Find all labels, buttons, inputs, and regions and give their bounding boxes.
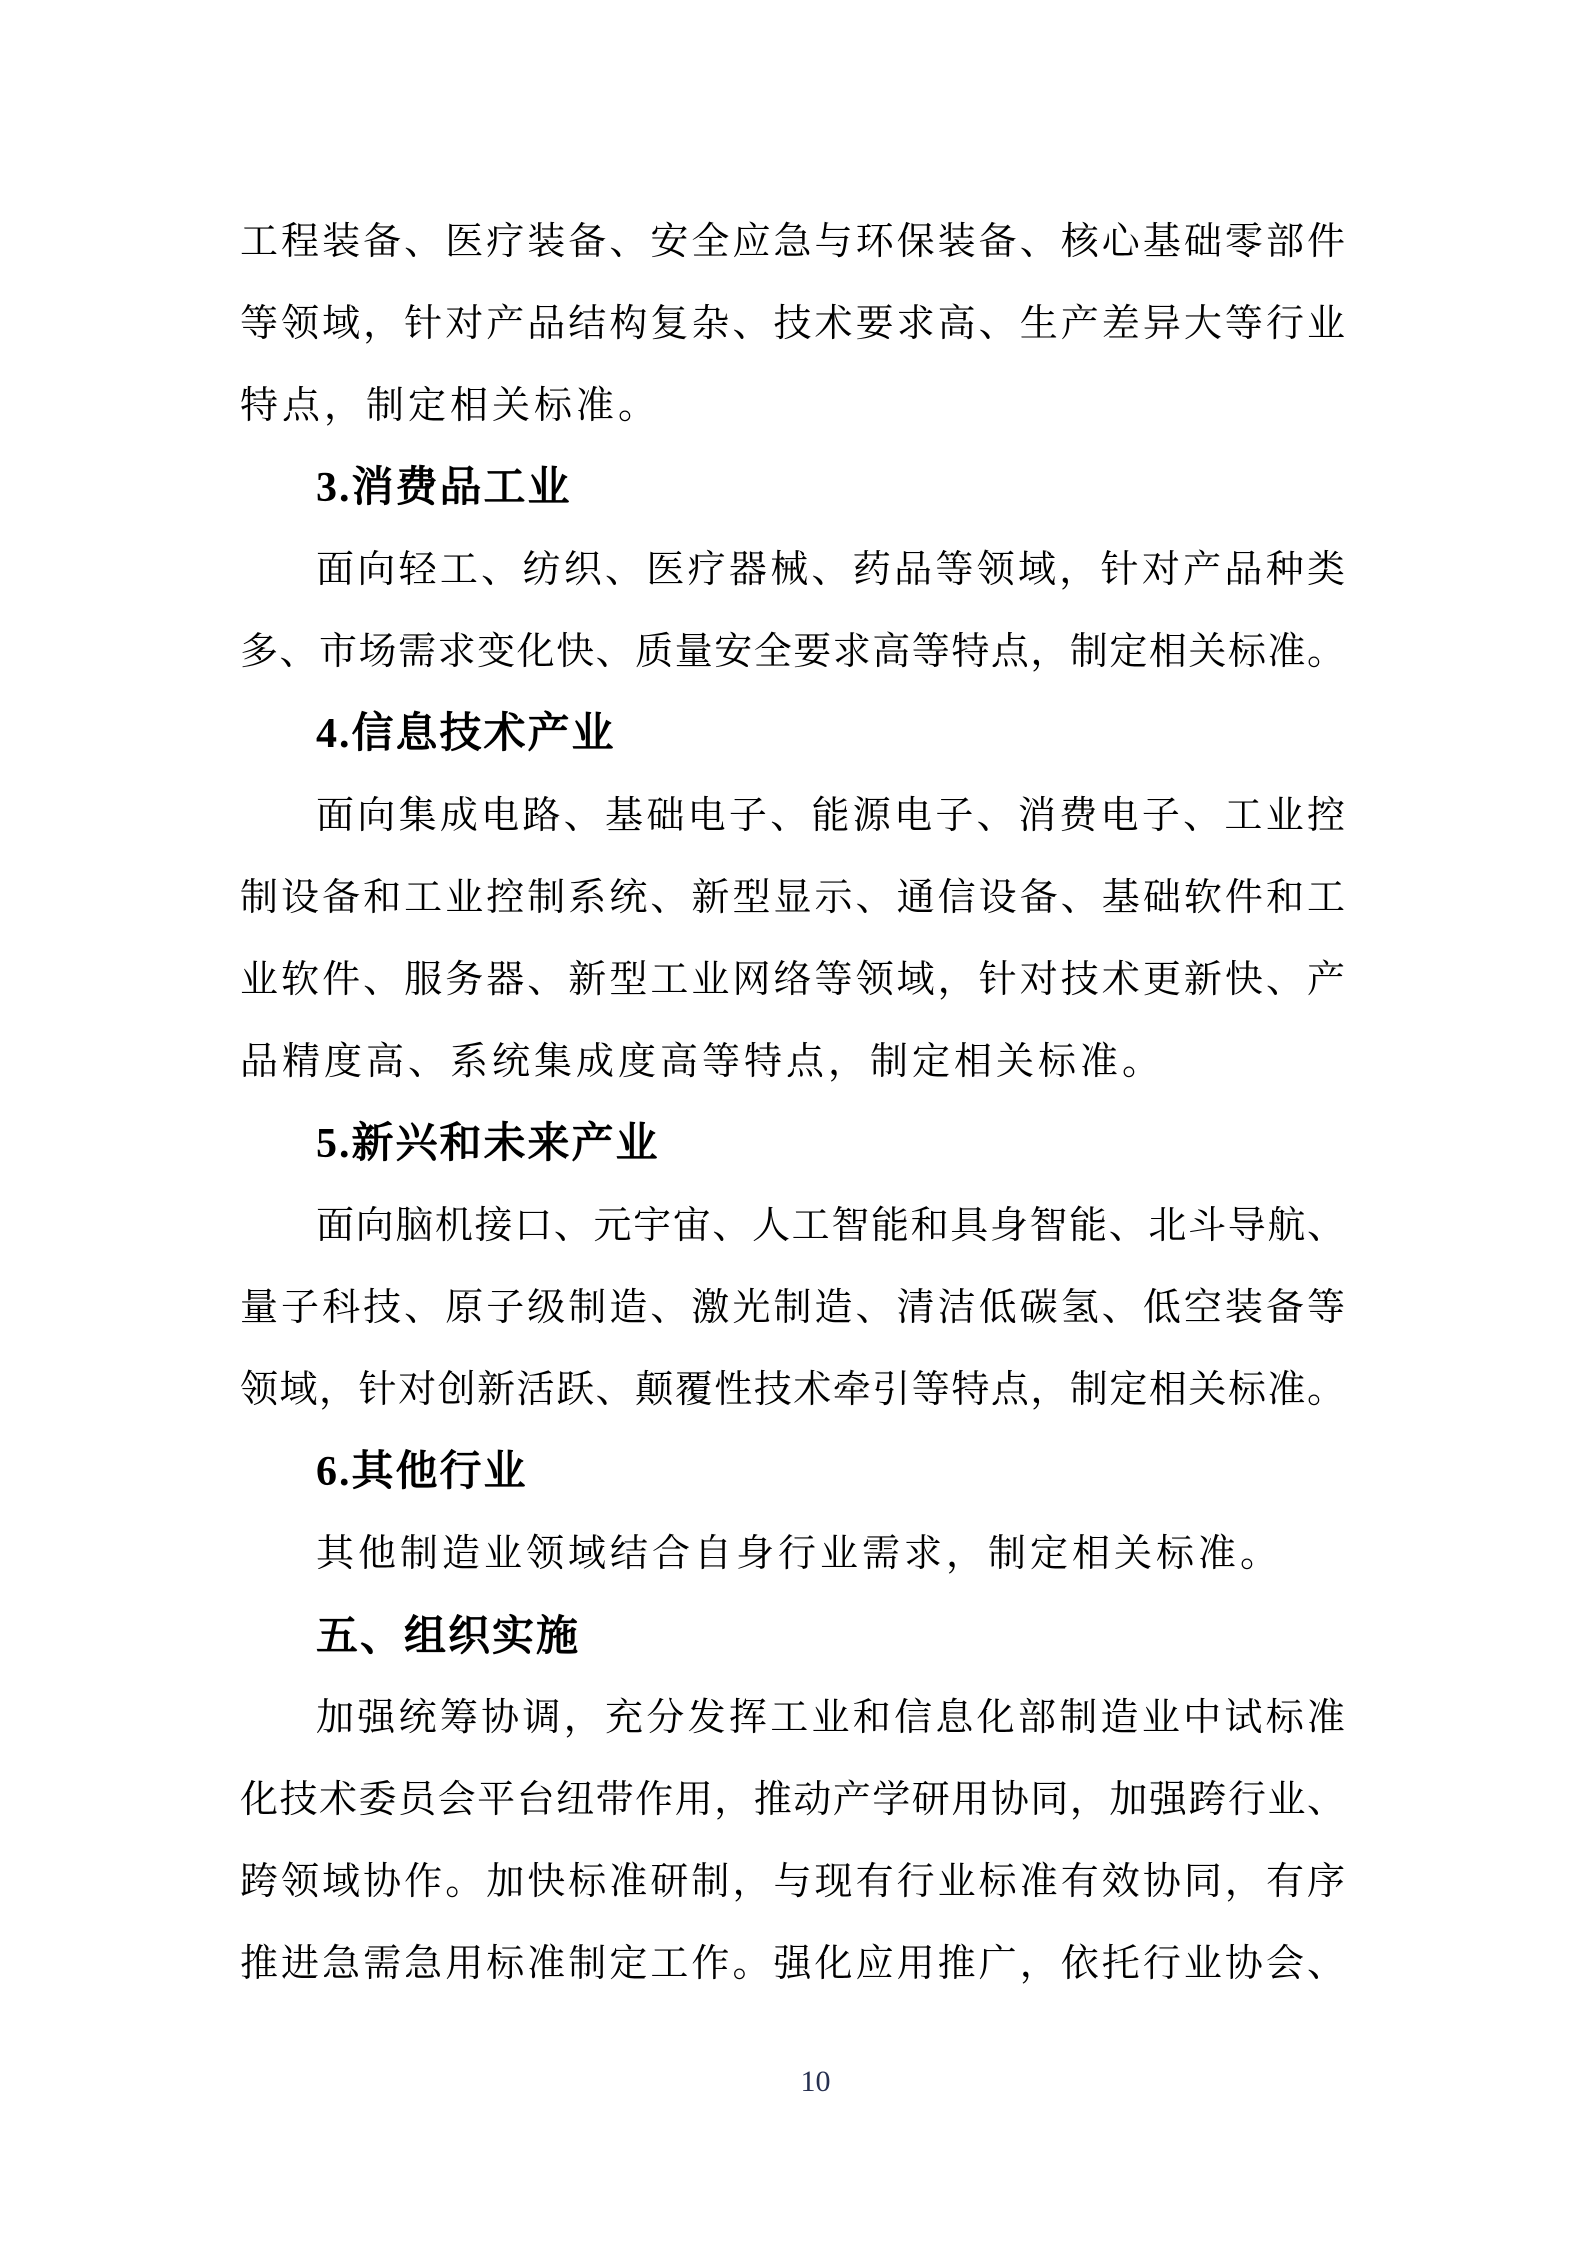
body-line: 加强统筹协调，充分发挥工业和信息化部制造业中试标准 bbox=[240, 1677, 1345, 1759]
body-line: 量子科技、原子级制造、激光制造、清洁低碳氢、低空装备等 bbox=[240, 1267, 1345, 1349]
page-number: 10 bbox=[22, 2062, 1587, 2102]
body-line: 面向脑机接口、元宇宙、人工智能和具身智能、北斗导航、 bbox=[240, 1185, 1345, 1267]
body-line: 品精度高、系统集成度高等特点，制定相关标准。 bbox=[240, 1021, 1345, 1103]
body-line: 跨领域协作。加快标准研制，与现有行业标准有效协同，有序 bbox=[240, 1841, 1345, 1923]
body-line: 工程装备、医疗装备、安全应急与环保装备、核心基础零部件 bbox=[240, 201, 1345, 283]
sub-heading-emerging-future-industry: 5.新兴和未来产业 bbox=[240, 1103, 1345, 1185]
document-body: 工程装备、医疗装备、安全应急与环保装备、核心基础零部件 等领域，针对产品结构复杂… bbox=[240, 201, 1345, 2005]
body-line: 领域，针对创新活跃、颠覆性技术牵引等特点，制定相关标准。 bbox=[240, 1349, 1345, 1431]
sub-heading-information-technology: 4.信息技术产业 bbox=[240, 693, 1345, 775]
body-line: 面向轻工、纺织、医疗器械、药品等领域，针对产品种类 bbox=[240, 529, 1345, 611]
body-line: 化技术委员会平台纽带作用，推动产学研用协同，加强跨行业、 bbox=[240, 1759, 1345, 1841]
sub-heading-other-industry: 6.其他行业 bbox=[240, 1431, 1345, 1513]
body-line: 特点，制定相关标准。 bbox=[240, 365, 1345, 447]
body-line: 等领域，针对产品结构复杂、技术要求高、生产差异大等行业 bbox=[240, 283, 1345, 365]
body-line: 其他制造业领域结合自身行业需求，制定相关标准。 bbox=[240, 1513, 1345, 1595]
body-line: 业软件、服务器、新型工业网络等领域，针对技术更新快、产 bbox=[240, 939, 1345, 1021]
body-line: 面向集成电路、基础电子、能源电子、消费电子、工业控 bbox=[240, 775, 1345, 857]
sub-heading-consumer-industry: 3.消费品工业 bbox=[240, 447, 1345, 529]
body-line: 制设备和工业控制系统、新型显示、通信设备、基础软件和工 bbox=[240, 857, 1345, 939]
section-heading-organization-implementation: 五、组织实施 bbox=[240, 1595, 1345, 1677]
document-page: 工程装备、医疗装备、安全应急与环保装备、核心基础零部件 等领域，针对产品结构复杂… bbox=[0, 0, 1587, 2245]
body-line: 推进急需急用标准制定工作。强化应用推广，依托行业协会、 bbox=[240, 1923, 1345, 2005]
body-line: 多、市场需求变化快、质量安全要求高等特点，制定相关标准。 bbox=[240, 611, 1345, 693]
